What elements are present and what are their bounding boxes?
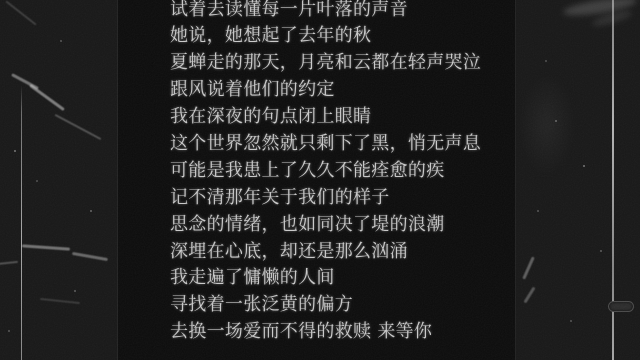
film-scratch bbox=[522, 256, 535, 279]
lyric-line: 试着去读懂每一片叶落的声音 bbox=[170, 0, 481, 23]
pill-watermark bbox=[608, 301, 634, 312]
film-scratch bbox=[72, 252, 108, 261]
lyric-line: 可能是我患上了久久不能痊愈的疾 bbox=[170, 158, 481, 185]
lyric-line: 夏蝉走的那天，月亮和云都在轻声哭泣 bbox=[170, 50, 481, 77]
film-scratch bbox=[40, 298, 80, 304]
lyric-line: 寻找着一张泛黄的偏方 bbox=[170, 292, 481, 319]
film-scratch bbox=[22, 244, 70, 250]
vertical-scratch-line bbox=[21, 85, 23, 360]
lyric-line: 去换一场爱而不得的救赎 来等你 bbox=[170, 319, 481, 346]
left-texture-band bbox=[0, 0, 118, 360]
lyric-line: 记不清那年关于我们的样子 bbox=[170, 185, 481, 212]
dust-specks bbox=[0, 0, 2, 2]
film-scratch bbox=[5, 1, 36, 26]
lyric-line: 我走遍了慵懒的人间 bbox=[170, 265, 481, 292]
lyric-line: 我在深夜的句点闭上眼睛 bbox=[170, 104, 481, 131]
lyrics-block: 试着去读懂每一片叶落的声音她说，她想起了去年的秋夏蝉走的那天，月亮和云都在轻声哭… bbox=[170, 0, 481, 346]
lyric-video-frame: 试着去读懂每一片叶落的声音她说，她想起了去年的秋夏蝉走的那天，月亮和云都在轻声哭… bbox=[0, 0, 640, 360]
lyric-line: 这个世界忽然就只剩下了黑，悄无声息 bbox=[170, 131, 481, 158]
dust-specks bbox=[515, 0, 517, 2]
film-scratch bbox=[55, 114, 102, 140]
film-scratch bbox=[523, 287, 535, 304]
lyric-line: 跟风说着他们的约定 bbox=[170, 77, 481, 104]
lyric-line: 思念的情绪，也如同决了堤的浪潮 bbox=[170, 212, 481, 239]
film-scratch bbox=[0, 261, 18, 265]
lyric-line: 她说，她想起了去年的秋 bbox=[170, 23, 481, 50]
right-texture-band bbox=[515, 0, 640, 360]
film-scratch bbox=[29, 84, 65, 111]
lyric-line: 深埋在心底，却还是那么汹涌 bbox=[170, 239, 481, 266]
soft-light-blob bbox=[517, 70, 577, 180]
